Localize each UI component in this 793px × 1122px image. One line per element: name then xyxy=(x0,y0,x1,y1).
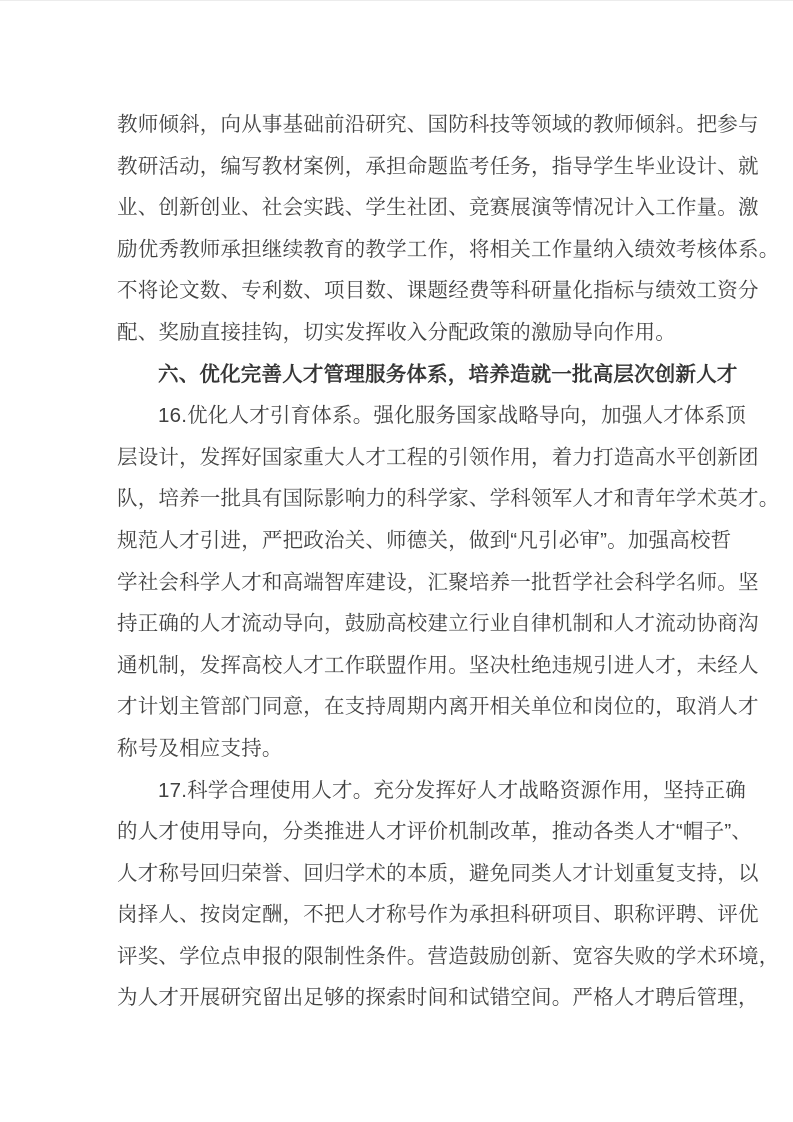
text-line: 励优秀教师承担继续教育的教学工作，将相关工作量纳入绩效考核体系。 xyxy=(117,229,757,271)
text-line: 为人才开展研究留出足够的探索时间和试错空间。严格人才聘后管理， xyxy=(117,977,757,1019)
text-line: 16.优化人才引育体系。强化服务国家战略导向，加强人才体系顶 xyxy=(117,395,757,437)
text-line: 教研活动，编写教材案例，承担命题监考任务，指导学生毕业设计、就 xyxy=(117,146,757,188)
text-line: 称号及相应支持。 xyxy=(117,728,757,770)
text-line: 规范人才引进，严把政治关、师德关，做到“凡引必审”。加强高校哲 xyxy=(117,520,757,562)
text-line: 业、创新创业、社会实践、学生社团、竞赛展演等情况计入工作量。激 xyxy=(117,187,757,229)
text-line: 评奖、学位点申报的限制性条件。营造鼓励创新、宽容失败的学术环境， xyxy=(117,936,757,978)
document-content: 教师倾斜，向从事基础前沿研究、国防科技等领域的教师倾斜。把参与教研活动，编写教材… xyxy=(117,104,757,1019)
text-line: 才计划主管部门同意，在支持周期内离开相关单位和岗位的，取消人才 xyxy=(117,686,757,728)
text-line: 队，培养一批具有国际影响力的科学家、学科领军人才和青年学术英才。 xyxy=(117,478,757,520)
section-heading-line: 六、优化完善人才管理服务体系，培养造就一批高层次创新人才 xyxy=(117,354,757,396)
text-line: 通机制，发挥高校人才工作联盟作用。坚决杜绝违规引进人才，未经人 xyxy=(117,645,757,687)
text-line: 学社会科学人才和高端智库建设，汇聚培养一批哲学社会科学名师。坚 xyxy=(117,562,757,604)
text-line: 人才称号回归荣誉、回归学术的本质，避免同类人才计划重复支持，以 xyxy=(117,853,757,895)
text-line: 不将论文数、专利数、项目数、课题经费等科研量化指标与绩效工资分 xyxy=(117,270,757,312)
text-line: 层设计，发挥好国家重大人才工程的引领作用，着力打造高水平创新团 xyxy=(117,437,757,479)
text-line: 持正确的人才流动导向，鼓励高校建立行业自律机制和人才流动协商沟 xyxy=(117,603,757,645)
document-page: 教师倾斜，向从事基础前沿研究、国防科技等领域的教师倾斜。把参与教研活动，编写教材… xyxy=(0,0,793,1122)
text-line: 的人才使用导向，分类推进人才评价机制改革，推动各类人才“帽子”、 xyxy=(117,811,757,853)
text-line: 教师倾斜，向从事基础前沿研究、国防科技等领域的教师倾斜。把参与 xyxy=(117,104,757,146)
text-line: 配、奖励直接挂钩，切实发挥收入分配政策的激励导向作用。 xyxy=(117,312,757,354)
text-line: 岗择人、按岗定酬，不把人才称号作为承担科研项目、职称评聘、评优 xyxy=(117,894,757,936)
text-line: 17.科学合理使用人才。充分发挥好人才战略资源作用，坚持正确 xyxy=(117,770,757,812)
